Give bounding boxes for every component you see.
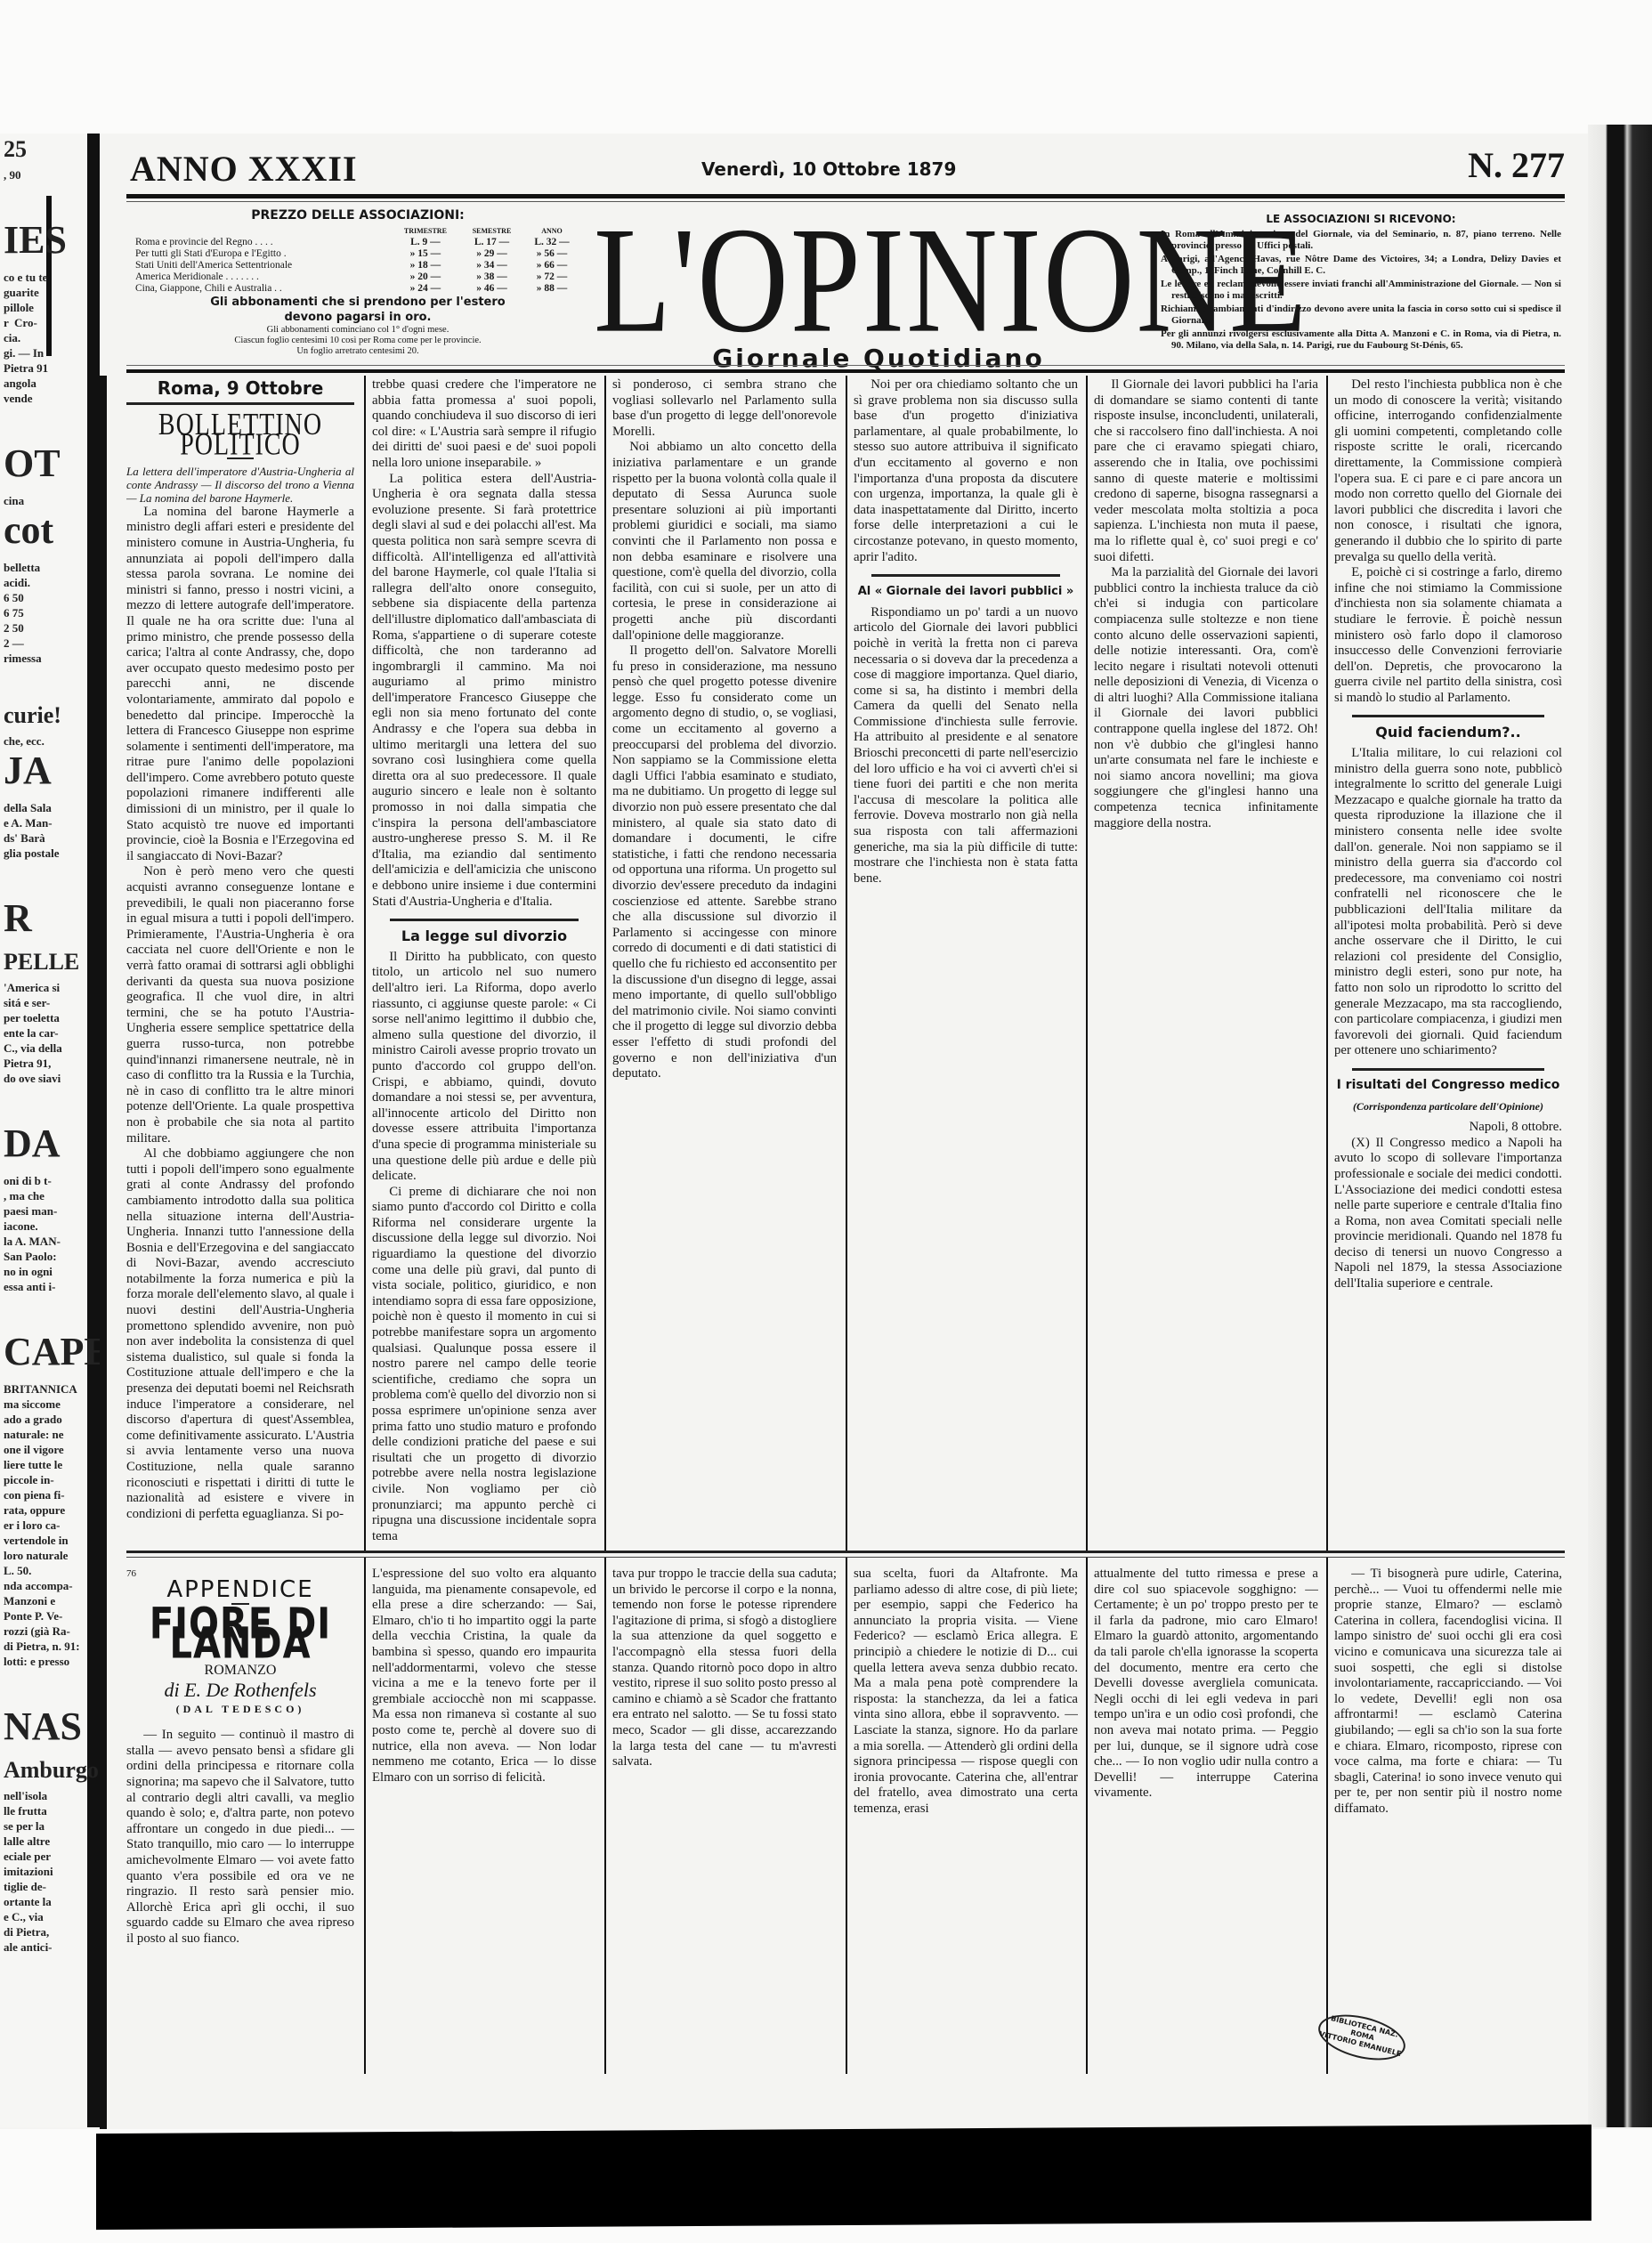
previous-page-fragment: e C., via <box>4 1911 44 1923</box>
prices-col-anno: ANNO <box>523 225 580 237</box>
previous-page-fragment: 2 — <box>4 637 24 650</box>
lavori-title: Al « Giornale dei lavori pubblici » <box>854 584 1078 600</box>
next-page-edge <box>1588 125 1652 2127</box>
column-rule <box>604 376 606 1552</box>
article-paragraph: sì ponderoso, ci sembra strano che vogli… <box>612 377 837 440</box>
previous-page-fragment: OT <box>4 443 61 484</box>
previous-page-fragment: cina <box>4 495 24 507</box>
price-semestre: » 46 — <box>460 283 523 295</box>
article-paragraph: La nomina del barone Haymerle a ministro… <box>126 505 354 865</box>
price-anno: » 72 — <box>523 271 580 283</box>
appendice-column-5: attualmente del tutto rimessa e prese a … <box>1094 1567 1318 1985</box>
previous-page-fragment: PELLE <box>4 950 79 975</box>
novel-paragraph: — In seguito — continuò il mastro di sta… <box>126 1728 354 1947</box>
article-paragraph: Il Giornale dei lavori pubblici ha l'ari… <box>1094 377 1318 565</box>
previous-page-fragment: liere tutte le <box>4 1459 62 1471</box>
column-2: trebbe quasi credere che l'imperatore ne… <box>372 377 596 1543</box>
article-paragraph: Noi per ora chiediamo soltanto che un sì… <box>854 377 1078 565</box>
issue-number: N. 277 <box>1468 144 1565 186</box>
congresso-dateline: Napoli, 8 ottobre. <box>1334 1120 1562 1136</box>
assoc-line: Per gli annunzi rivolgersi esclusivament… <box>1161 328 1561 352</box>
previous-page-fragment: BRITANNICA <box>4 1383 77 1396</box>
previous-page-fragment: della Sala <box>4 802 52 814</box>
article-paragraph: E, poichè ci si costringe a farlo, direm… <box>1334 565 1562 706</box>
bollettino-title: BOLLETTINO POLITICO <box>126 415 354 454</box>
price-row: Roma e provincie del Regno . . . .L. 9 —… <box>135 237 580 248</box>
previous-page-fragment: imitazioni <box>4 1866 53 1878</box>
previous-page-fragment: lalle altre <box>4 1835 50 1848</box>
previous-page-fragment: DA <box>4 1123 61 1164</box>
dateline-roma: Roma, 9 Ottobre <box>126 381 354 397</box>
column-rule <box>846 1558 847 2074</box>
article-paragraph: Il Diritto ha pubblicato, con questo tit… <box>372 950 596 1185</box>
price-trimestre: » 24 — <box>391 283 460 295</box>
scan-background-bottom <box>0 2129 1652 2243</box>
previous-page-fragment: one il vigore <box>4 1444 64 1456</box>
previous-page-fragment: , 90 <box>4 169 21 182</box>
previous-page-fragment: cot <box>4 510 53 551</box>
page-left-border <box>100 376 107 2129</box>
previous-page-fragment: tiglie de- <box>4 1881 46 1893</box>
previous-page-edge: 25, 90IESco e tu teguaritepilloler Cro-c… <box>0 134 100 2127</box>
previous-page-fragment: JA <box>4 750 52 791</box>
prices-table: TRIMESTRE SEMESTRE ANNO Roma e provincie… <box>135 225 580 295</box>
appendice-column-3: tava pur troppo le traccie della sua cad… <box>612 1567 837 2074</box>
page-gutter <box>87 134 100 2127</box>
article-paragraph: (X) Il Congresso medico a Napoli ha avut… <box>1334 1136 1562 1292</box>
appendice-column-4: sua scelta, fuori da Altafronte. Ma parl… <box>854 1567 1078 2074</box>
price-row: Per tutti gli Stati d'Europa e l'Egitto … <box>135 248 580 260</box>
previous-page-fragment: pillole <box>4 302 34 314</box>
previous-page-fragment: acidi. <box>4 577 30 589</box>
previous-page-fragment: nda accompa- <box>4 1580 73 1592</box>
novel-paragraph: sua scelta, fuori da Altafronte. Ma parl… <box>854 1567 1078 1818</box>
previous-page-fragment: rimessa <box>4 652 42 665</box>
previous-page-fragment: 2 50 <box>4 622 24 635</box>
previous-page-fragment: per toeletta <box>4 1012 60 1024</box>
article-paragraph: trebbe quasi credere che l'imperatore ne… <box>372 377 596 472</box>
volume-label: ANNO XXXII <box>130 148 358 190</box>
previous-page-fragment: e A. Man- <box>4 817 53 830</box>
previous-page-fragment: lle frutta <box>4 1805 47 1818</box>
appendice-column-2: L'espressione del suo volto era alquanto… <box>372 1567 596 2074</box>
previous-page-fragment: vende <box>4 393 33 405</box>
previous-page-fragment: do ove siavi <box>4 1073 61 1085</box>
previous-page-fragment: ma siccome <box>4 1398 61 1411</box>
previous-page-fragment: paesi man- <box>4 1205 57 1218</box>
prices-note-estero: Gli abbonamenti che si prendono per l'es… <box>135 295 580 310</box>
previous-page-fragment: belletta <box>4 562 40 574</box>
article-paragraph: Del resto l'inchiesta pubblica non è che… <box>1334 377 1562 565</box>
article-paragraph: Ci preme di dichiarare che noi non siamo… <box>372 1185 596 1543</box>
previous-page-fragment: naturale: ne <box>4 1429 64 1441</box>
novel-paragraph: tava pur troppo le traccie della sua cad… <box>612 1567 837 1770</box>
previous-page-fragment: angola <box>4 377 36 390</box>
article-paragraph: La politica estera dell'Austria-Ungheria… <box>372 472 596 911</box>
article-paragraph: L'Italia militare, lo cui relazioni col … <box>1334 746 1562 1059</box>
newspaper-title: L'OPINIONE <box>594 205 1163 354</box>
previous-page-fragment: piccole in- <box>4 1474 54 1486</box>
appendice-column-6: — Ti bisognerà pure udirle, Caterina, pe… <box>1334 1567 1562 2074</box>
novel-paragraph: L'espressione del suo volto era alquanto… <box>372 1567 596 1785</box>
price-semestre: » 34 — <box>460 260 523 271</box>
previous-page-fragment: di Pietra, <box>4 1926 49 1939</box>
scan-black-border <box>96 2125 1591 2230</box>
previous-page-fragment: di Pietra, n. 91: <box>4 1640 80 1653</box>
article-paragraph: Noi abbiamo un alto concetto della inizi… <box>612 440 837 644</box>
previous-page-fragment: rozzi (già Ra- <box>4 1625 70 1638</box>
prices-note-foglio: Ciascun foglio centesimi 10 così per Rom… <box>135 336 580 346</box>
previous-page-fragment: Pietra 91, <box>4 1057 51 1070</box>
assoc-line: Richiami e cambiamenti d'indirizzo devon… <box>1161 304 1561 327</box>
prices-note-arretrato: Un foglio arretrato centesimi 20. <box>135 346 580 357</box>
assoc-line: A Parigi, all'Agence Havas, rue Nôtre Da… <box>1161 254 1561 277</box>
previous-page-fragment: L. 50. <box>4 1565 31 1577</box>
column-rule <box>1086 376 1088 1552</box>
price-anno: » 66 — <box>523 260 580 271</box>
price-row: Cina, Giappone, Chili e Australia . .» 2… <box>135 283 580 295</box>
previous-page-fragment: C., via della <box>4 1042 62 1055</box>
masthead-rule-thin <box>126 365 1565 366</box>
subscription-info: LE ASSOCIAZIONI SI RICEVONO: In Roma all… <box>1161 210 1561 353</box>
article-paragraph: Non è però meno vero che questi acquisti… <box>126 864 354 1146</box>
previous-page-fragment: R <box>4 898 32 939</box>
previous-page-fragment: CAPELLI <box>4 1332 100 1373</box>
price-semestre: » 29 — <box>460 248 523 260</box>
column-4: Noi per ora chiediamo soltanto che un sì… <box>854 377 1078 1543</box>
previous-page-fragment: iacone. <box>4 1220 38 1233</box>
novel-title: FIORE DI LANDA <box>126 1616 354 1654</box>
previous-page-fragment: glia postale <box>4 847 59 860</box>
price-trimestre: » 15 — <box>391 248 460 260</box>
previous-page-fragment: ds' Barà <box>4 832 45 845</box>
price-row: America Meridionale . . . . . . .» 20 —»… <box>135 271 580 283</box>
price-anno: L. 32 — <box>523 237 580 248</box>
column-rule <box>846 376 847 1552</box>
assoc-line: In Roma all'Amministrazione del Giornale… <box>1161 229 1561 252</box>
article-paragraph: Al che dobbiamo aggiungere che non tutti… <box>126 1146 354 1522</box>
price-trimestre: » 20 — <box>391 271 460 283</box>
column-1: Roma, 9 Ottobre BOLLETTINO POLITICO La l… <box>126 377 354 1543</box>
novel-paragraph: — Ti bisognerà pure udirle, Caterina, pe… <box>1334 1567 1562 1818</box>
previous-page-fragment: se per la <box>4 1820 45 1833</box>
previous-page-fragment: eciale per <box>4 1850 51 1863</box>
previous-page-fragment: Ponte P. Ve- <box>4 1610 62 1623</box>
divorzio-title: La legge sul divorzio <box>372 928 596 944</box>
previous-page-fragment: NAS <box>4 1706 82 1747</box>
column-rule <box>604 1558 606 2074</box>
price-trimestre: » 18 — <box>391 260 460 271</box>
price-trimestre: L. 9 — <box>391 237 460 248</box>
previous-page-fragment: IES <box>4 220 67 261</box>
price-semestre: » 38 — <box>460 271 523 283</box>
subscription-prices: PREZZO DELLE ASSOCIAZIONI: TRIMESTRE SEM… <box>135 210 580 357</box>
previous-page-fragment: co e tu te <box>4 271 47 284</box>
column-5: Il Giornale dei lavori pubblici ha l'ari… <box>1094 377 1318 1543</box>
previous-page-fragment: essa anti i- <box>4 1281 56 1293</box>
price-row: Stati Uniti dell'America Settentrionale»… <box>135 260 580 271</box>
appendice-rule-thin <box>126 1557 1565 1558</box>
newspaper-page: ANNO XXXII Venerdì, 10 Ottobre 1879 N. 2… <box>100 142 1595 2129</box>
previous-page-fragment: con piena fi- <box>4 1489 65 1502</box>
prices-heading: PREZZO DELLE ASSOCIAZIONI: <box>135 210 580 222</box>
assoc-line: Le lettere e i reclami devono essere inv… <box>1161 279 1561 302</box>
previous-page-fragment: gi. — In <box>4 347 44 360</box>
column-rule <box>364 1558 366 2074</box>
congresso-title: I risultati del Congresso medico <box>1334 1078 1562 1094</box>
previous-page-fragment: che, ecc. <box>4 735 45 748</box>
previous-page-fragment: 6 75 <box>4 607 24 619</box>
novel-source: (DAL TEDESCO) <box>126 1702 354 1718</box>
previous-page-fragment: lotti: e presso <box>4 1656 69 1668</box>
column-rule <box>1326 376 1328 1552</box>
congresso-subtitle: (Corrispondenza particolare dell'Opinion… <box>1334 1099 1562 1115</box>
prices-note-start: Gli abbonamenti cominciano col 1° d'ogni… <box>135 325 580 336</box>
previous-page-fragment: er i loro ca- <box>4 1519 60 1532</box>
prices-note-oro: devono pagarsi in oro. <box>135 310 580 325</box>
previous-page-fragment: , ma che <box>4 1190 45 1202</box>
novel-author: di E. De Rothenfels <box>126 1682 354 1698</box>
prices-col-semestre: SEMESTRE <box>460 225 523 237</box>
column-6: Del resto l'inchiesta pubblica non è che… <box>1334 377 1562 1543</box>
previous-page-fragment: Pietra 91 <box>4 362 48 375</box>
issue-date: Venerdì, 10 Ottobre 1879 <box>701 158 956 180</box>
previous-page-fragment: nell'isola <box>4 1790 47 1802</box>
price-region: Roma e provincie del Regno . . . . <box>135 237 391 248</box>
previous-page-fragment: 6 50 <box>4 592 24 604</box>
previous-page-fragment: 25 <box>4 137 27 162</box>
appendice-label: APPENDICE <box>126 1583 354 1599</box>
masthead-rule <box>126 369 1565 373</box>
column-3: sì ponderoso, ci sembra strano che vogli… <box>612 377 837 1543</box>
previous-page-fragment: rata, oppure <box>4 1504 65 1517</box>
previous-page-fragment: Amburgo <box>4 1758 99 1783</box>
scan-background-top <box>0 0 1652 134</box>
price-anno: » 88 — <box>523 283 580 295</box>
previous-page-fragment: guarite <box>4 287 39 299</box>
appendice-column-1: 76 APPENDICE FIORE DI LANDA ROMANZO di E… <box>126 1567 354 2074</box>
previous-page-fragment: oni di b t- <box>4 1175 52 1187</box>
article-paragraph: Ma la parzialità del Giornale dei lavori… <box>1094 565 1318 831</box>
column-rule <box>1086 1558 1088 2074</box>
masthead: L'OPINIONE Giornale Quotidiano <box>594 205 1163 373</box>
assoc-heading: LE ASSOCIAZIONI SI RICEVONO: <box>1161 214 1561 225</box>
previous-page-fragment: ale antici- <box>4 1941 53 1954</box>
article-paragraph: Rispondiamo un po' tardi a un nuovo arti… <box>854 605 1078 887</box>
previous-page-fragment: no in ogni <box>4 1266 53 1278</box>
price-region: Stati Uniti dell'America Settentrionale <box>135 260 391 271</box>
bollettino-summary: La lettera dell'imperatore d'Austria-Ung… <box>126 465 354 505</box>
previous-page-fragment: la A. MAN- <box>4 1235 61 1248</box>
previous-page-fragment: 'America si <box>4 982 60 994</box>
price-region: Per tutti gli Stati d'Europa e l'Egitto … <box>135 248 391 260</box>
previous-page-fragment: ortante la <box>4 1896 52 1908</box>
previous-page-fragment: San Paolo: <box>4 1251 57 1263</box>
appendice-rule <box>126 1551 1565 1553</box>
price-semestre: L. 17 — <box>460 237 523 248</box>
price-region: Cina, Giappone, Chili e Australia . . <box>135 283 391 295</box>
article-paragraph: Il progetto dell'on. Salvatore Morelli f… <box>612 644 837 1082</box>
previous-page-fragment: ente la car- <box>4 1027 59 1040</box>
quid-faciendum-title: Quid faciendum?.. <box>1334 725 1562 741</box>
previous-page-fragment: ado a grado <box>4 1413 62 1426</box>
previous-page-fragment: Manzoni e <box>4 1595 55 1607</box>
prices-col-trimestre: TRIMESTRE <box>391 225 460 237</box>
previous-page-fragment: sitá e ser- <box>4 997 50 1009</box>
previous-page-fragment: loro naturale <box>4 1550 68 1562</box>
previous-page-fragment: r Cro- <box>4 317 37 329</box>
novel-paragraph: attualmente del tutto rimessa e prese a … <box>1094 1567 1318 1802</box>
previous-page-fragment: vertendole in <box>4 1534 69 1547</box>
price-anno: » 56 — <box>523 248 580 260</box>
previous-page-fragment: cia. <box>4 332 20 344</box>
column-rule <box>364 376 366 1552</box>
price-region: America Meridionale . . . . . . . <box>135 271 391 283</box>
column-rule <box>1326 1558 1328 2074</box>
previous-page-fragment: curie! <box>4 703 61 728</box>
